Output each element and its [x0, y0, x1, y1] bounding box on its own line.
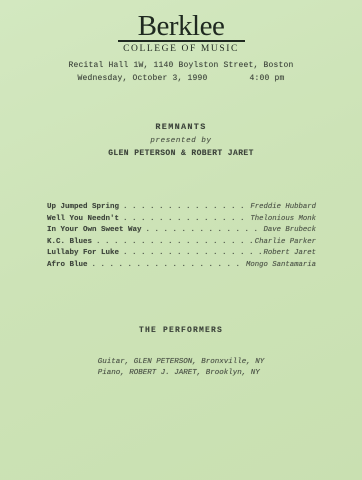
- performer-entry: Piano, ROBERT J. JARET, Brooklyn, NY: [98, 368, 265, 380]
- program-item: In Your Own Sweet Way . . . . . . . . . …: [47, 225, 316, 237]
- composer-name: Charlie Parker: [255, 237, 316, 249]
- composer-name: Dave Brubeck: [263, 225, 316, 237]
- program-item: Lullaby For Luke . . . . . . . . . . . .…: [47, 248, 316, 260]
- dot-leader: . . . . . . . . . . . . . . . . . . . . …: [142, 225, 264, 237]
- program-item: Up Jumped Spring . . . . . . . . . . . .…: [47, 202, 316, 214]
- composer-name: Freddie Hubbard: [250, 202, 316, 214]
- presented-by-label: presented by: [0, 137, 362, 145]
- performer-entries: Guitar, GLEN PETERSON, Bronxville, NY Pi…: [98, 357, 265, 380]
- composer-name: Mongo Santamaria: [246, 260, 316, 272]
- program-item: Afro Blue . . . . . . . . . . . . . . . …: [47, 260, 316, 272]
- dot-leader: . . . . . . . . . . . . . . . . . . . . …: [119, 214, 250, 226]
- presenters-names: GLEN PETERSON & ROBERT JARET: [0, 149, 362, 158]
- masthead: Berklee COLLEGE OF MUSIC: [0, 0, 362, 54]
- date-line: Wednesday, October 3, 1990 4:00 pm: [0, 74, 362, 83]
- event-date: Wednesday, October 3, 1990: [77, 74, 207, 83]
- dot-leader: . . . . . . . . . . . . . . . . . . . . …: [92, 237, 255, 249]
- composer-name: Thelonious Monk: [250, 214, 316, 226]
- piece-title: In Your Own Sweet Way: [47, 225, 142, 237]
- piece-title: K.C. Blues: [47, 237, 92, 249]
- berklee-logo: Berklee: [0, 13, 362, 39]
- program-item: K.C. Blues . . . . . . . . . . . . . . .…: [47, 237, 316, 249]
- venue-line: Recital Hall 1W, 1140 Boylston Street, B…: [0, 61, 362, 70]
- program-list: Up Jumped Spring . . . . . . . . . . . .…: [47, 202, 316, 272]
- college-of-music-label: COLLEGE OF MUSIC: [0, 44, 362, 54]
- event-title: REMNANTS: [0, 122, 362, 132]
- dot-leader: . . . . . . . . . . . . . . . . . . . . …: [119, 248, 263, 260]
- program-page: Berklee COLLEGE OF MUSIC Recital Hall 1W…: [0, 0, 362, 480]
- event-time: 4:00 pm: [250, 74, 285, 83]
- performers-heading: THE PERFORMERS: [0, 326, 362, 335]
- piece-title: Lullaby For Luke: [47, 248, 119, 260]
- performer-entry: Guitar, GLEN PETERSON, Bronxville, NY: [98, 357, 265, 369]
- title-block: REMNANTS presented by GLEN PETERSON & RO…: [0, 122, 362, 158]
- piece-title: Up Jumped Spring: [47, 202, 119, 214]
- composer-name: Robert Jaret: [263, 248, 316, 260]
- dot-leader: . . . . . . . . . . . . . . . . . . . . …: [88, 260, 246, 272]
- piece-title: Afro Blue: [47, 260, 88, 272]
- performers-section: THE PERFORMERS Guitar, GLEN PETERSON, Br…: [0, 326, 362, 380]
- program-item: Well You Needn't . . . . . . . . . . . .…: [47, 214, 316, 226]
- dot-leader: . . . . . . . . . . . . . . . . . . . . …: [119, 202, 250, 214]
- piece-title: Well You Needn't: [47, 214, 119, 226]
